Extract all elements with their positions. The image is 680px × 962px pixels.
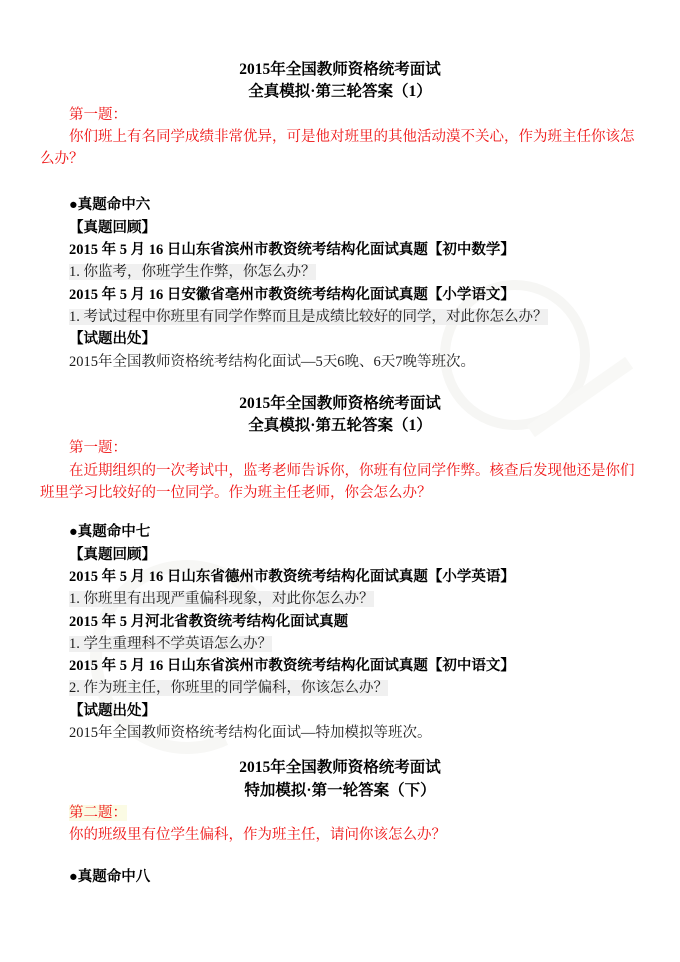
question-label: 第一题：	[40, 104, 640, 126]
exam-question: 1. 你监考，你班学生作弊，你怎么办？	[40, 261, 640, 283]
question-text: 你的班级里有位学生偏科，作为班主任，请问你该怎么办？	[40, 824, 640, 846]
document-content: 2015年全国教师资格统考面试 全真模拟·第三轮答案（1） 第一题： 你们班上有…	[40, 59, 640, 888]
highlighted-question: 1. 考试过程中你班里有同学作弊而且是成绩比较好的同学，对此你怎么办？	[69, 309, 548, 325]
doc-title: 2015年全国教师资格统考面试	[40, 59, 640, 81]
source-label: 【试题出处】	[40, 700, 640, 722]
doc-subtitle: 全真模拟·第五轮答案（1）	[40, 415, 640, 437]
exam-header: 2015 年 5 月 16 日山东省德州市教资统考结构化面试真题【小学英语】	[40, 566, 640, 588]
question-label: 第一题：	[40, 437, 640, 459]
answer-doc-special-round1: 2015年全国教师资格统考面试 特加模拟·第一轮答案（下） 第二题： 你的班级里…	[40, 757, 640, 887]
spacer	[40, 744, 640, 757]
doc-title: 2015年全国教师资格统考面试	[40, 393, 640, 415]
exam-header: 2015 年 5 月河北省教资统考结构化面试真题	[40, 611, 640, 633]
question-label: 第二题：	[40, 802, 640, 824]
spacer	[40, 373, 640, 393]
hit-title: ●真题命中七	[40, 521, 640, 543]
hit-title: ●真题命中六	[40, 194, 640, 216]
exam-question: 1. 考试过程中你班里有同学作弊而且是成绩比较好的同学，对此你怎么办？	[40, 306, 640, 328]
spacer	[40, 504, 640, 521]
review-label: 【真题回顾】	[40, 217, 640, 239]
spacer	[40, 170, 640, 194]
answer-doc-round5: 2015年全国教师资格统考面试 全真模拟·第五轮答案（1） 第一题： 在近期组织…	[40, 393, 640, 744]
question-text: 在近期组织的一次考试中，监考老师告诉你，你班有位同学作弊。核查后发现他还是你们班…	[40, 460, 640, 505]
hit-title: ●真题命中八	[40, 866, 640, 888]
doc-title: 2015年全国教师资格统考面试	[40, 757, 640, 779]
exam-header: 2015 年 5 月 16 日山东省滨州市教资统考结构化面试真题【初中语文】	[40, 655, 640, 677]
highlighted-question: 2. 作为班主任，你班里的同学偏科，你该怎么办？	[69, 680, 388, 696]
exam-question: 1. 你班里有出现严重偏科现象，对此你怎么办？	[40, 588, 640, 610]
doc-subtitle: 特加模拟·第一轮答案（下）	[40, 780, 640, 802]
answer-doc-round3: 2015年全国教师资格统考面试 全真模拟·第三轮答案（1） 第一题： 你们班上有…	[40, 59, 640, 373]
exam-question: 1. 学生重理科不学英语怎么办？	[40, 633, 640, 655]
exam-question: 2. 作为班主任，你班里的同学偏科，你该怎么办？	[40, 677, 640, 699]
source-text: 2015年全国教师资格统考结构化面试—特加模拟等班次。	[40, 722, 640, 744]
source-label: 【试题出处】	[40, 328, 640, 350]
yellow-highlighted-label: 第二题：	[69, 805, 127, 821]
source-text: 2015年全国教师资格统考结构化面试—5天6晚、6天7晚等班次。	[40, 351, 640, 373]
spacer	[40, 847, 640, 866]
highlighted-question: 1. 你班里有出现严重偏科现象，对此你怎么办？	[69, 591, 374, 607]
highlighted-question: 1. 学生重理科不学英语怎么办？	[69, 636, 272, 652]
review-label: 【真题回顾】	[40, 544, 640, 566]
highlighted-question: 1. 你监考，你班学生作弊，你怎么办？	[69, 264, 316, 280]
question-text: 你们班上有名同学成绩非常优异，可是他对班里的其他活动漠不关心，作为班主任你该怎么…	[40, 126, 640, 171]
exam-header: 2015 年 5 月 16 日山东省滨州市教资统考结构化面试真题【初中数学】	[40, 239, 640, 261]
doc-subtitle: 全真模拟·第三轮答案（1）	[40, 81, 640, 103]
document-page: 2015年全国教师资格统考面试 全真模拟·第三轮答案（1） 第一题： 你们班上有…	[0, 0, 680, 962]
exam-header: 2015 年 5 月 16 日安徽省亳州市教资统考结构化面试真题【小学语文】	[40, 284, 640, 306]
